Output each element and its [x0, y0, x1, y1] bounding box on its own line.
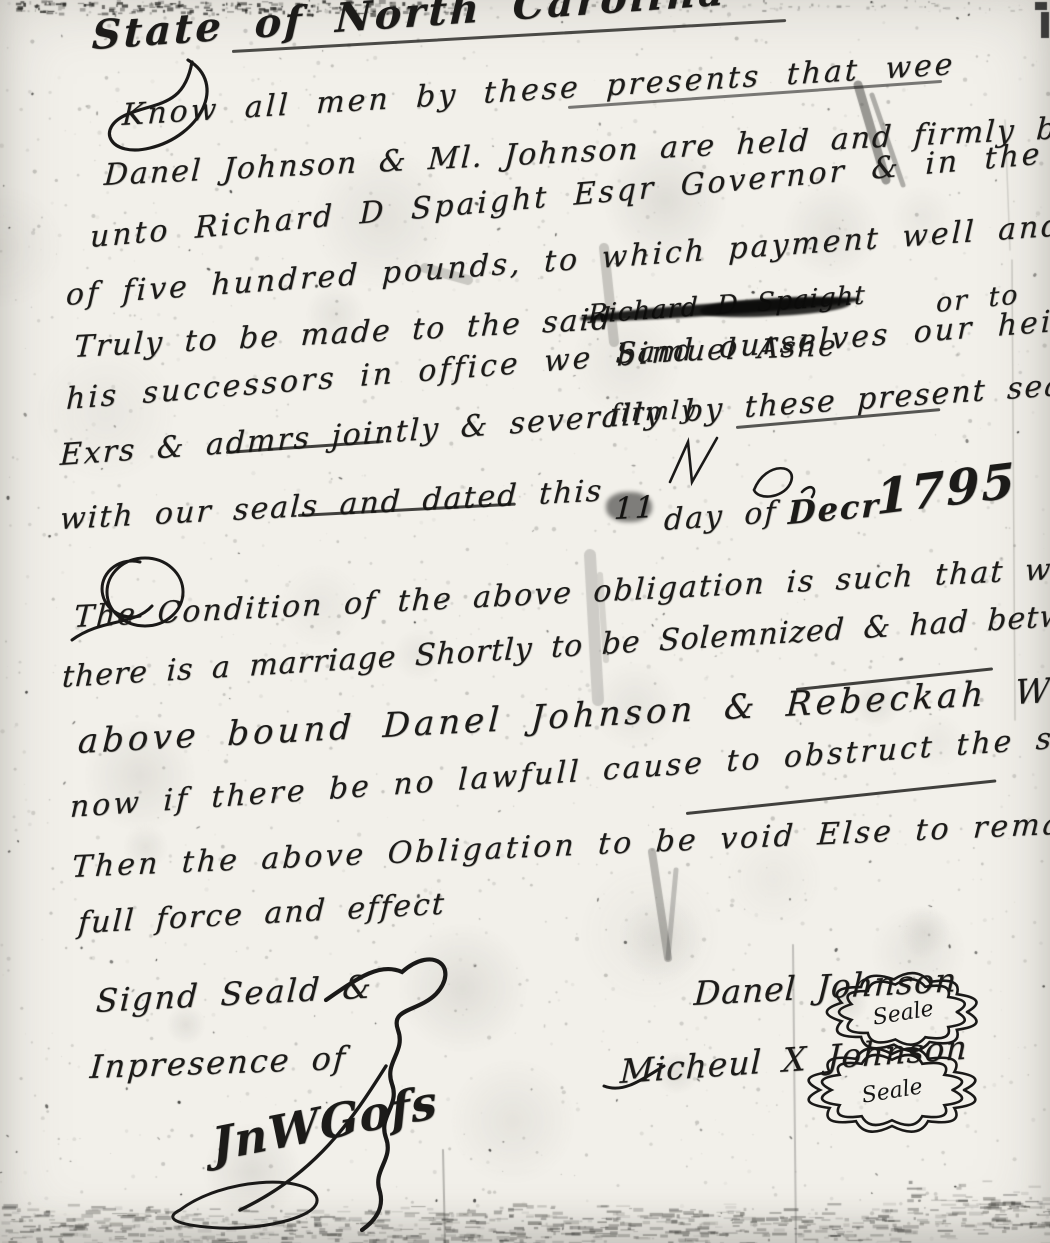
document-page: State of North Carolina Know all men by … [0, 0, 1050, 1243]
n-mark-flourish [662, 432, 732, 492]
bond-month: Decr [788, 486, 881, 532]
seal-label-1: Seale [871, 996, 935, 1030]
seal-scribble-2: Seale [800, 1036, 985, 1144]
seal-label-2: Seale [860, 1074, 924, 1108]
ink-blot-day [606, 492, 652, 522]
